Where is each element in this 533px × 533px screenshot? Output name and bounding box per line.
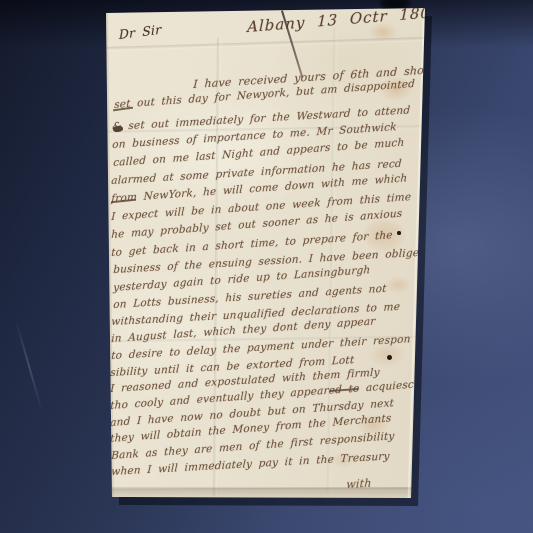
ink-blot bbox=[387, 355, 392, 360]
ink-blot bbox=[397, 231, 401, 235]
salutation: Dr Sir bbox=[119, 22, 162, 42]
letter-photograph: Albany 13 Octr 1804 Dr Sir I have receiv… bbox=[0, 0, 533, 533]
dateline: Albany 13 Octr 1804 bbox=[247, 3, 442, 36]
background-scratch bbox=[15, 320, 43, 413]
fold-crease-top bbox=[100, 37, 430, 51]
letter-paper: Albany 13 Octr 1804 Dr Sir I have receiv… bbox=[0, 0, 533, 533]
catchword: with bbox=[346, 477, 372, 491]
bottom-fold-shading bbox=[106, 487, 426, 498]
stain bbox=[384, 276, 412, 294]
